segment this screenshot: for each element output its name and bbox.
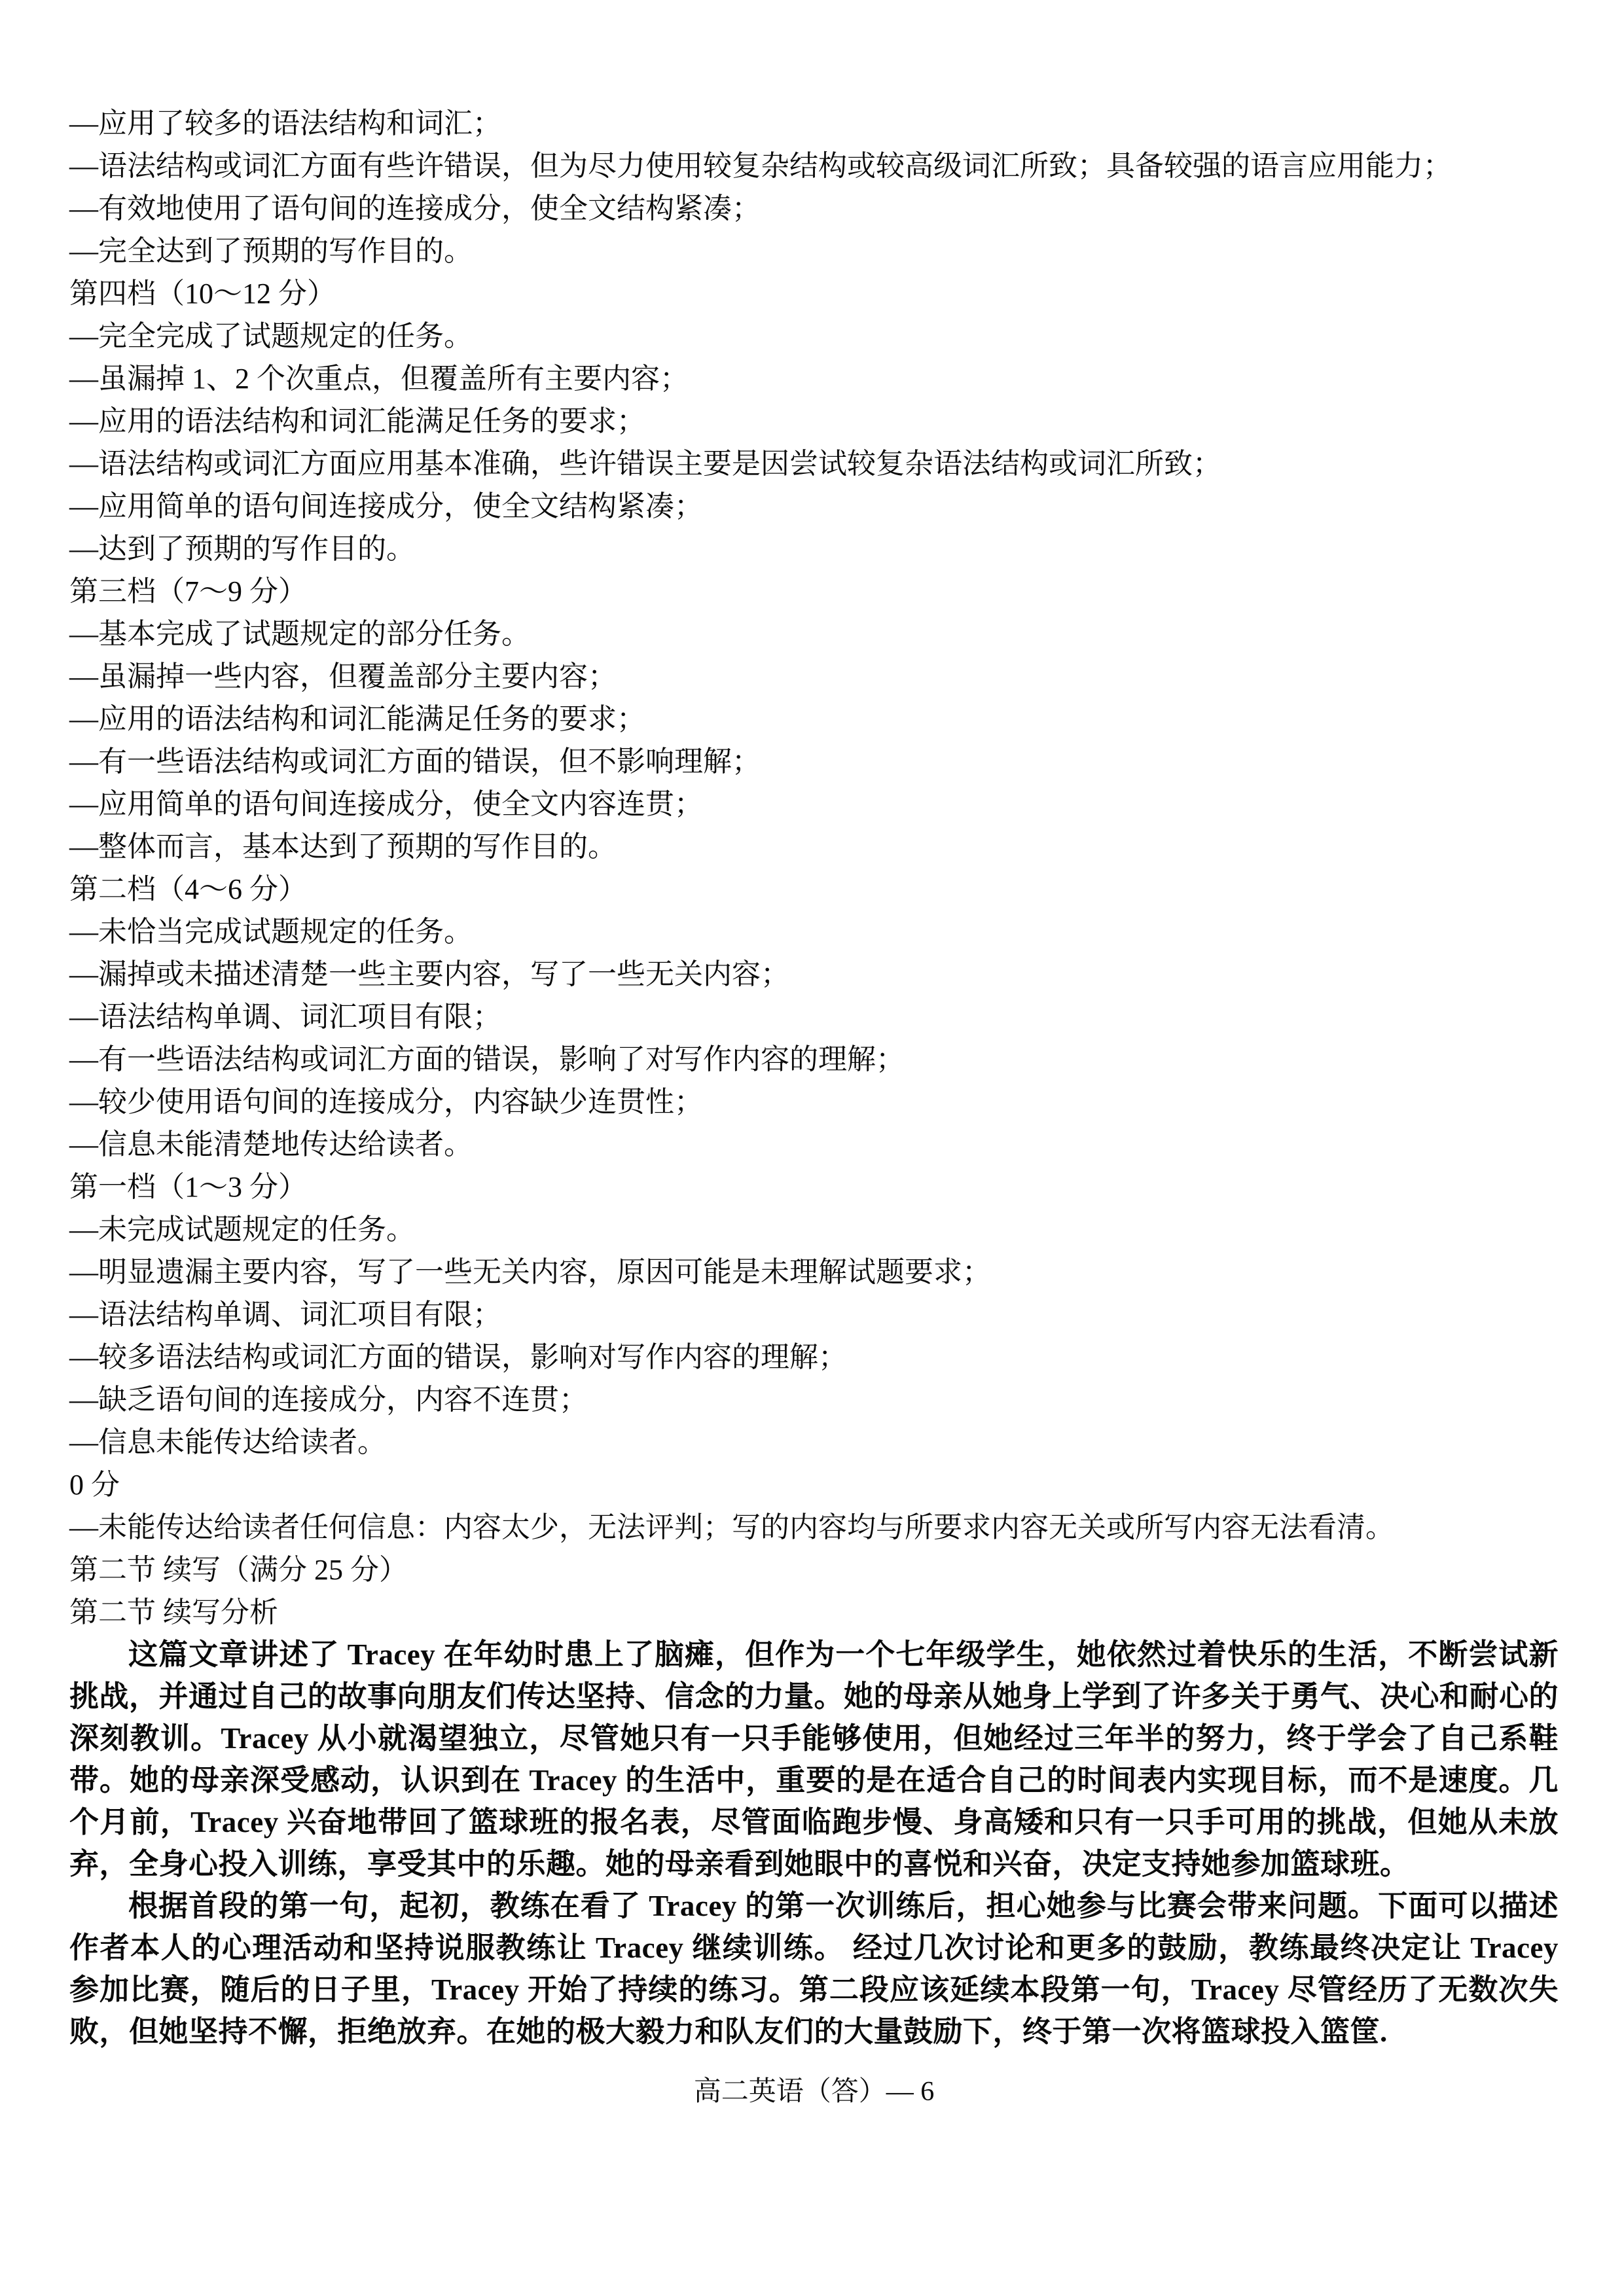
rubric-line: —应用简单的语句间连接成分，使全文内容连贯； [69,783,1559,825]
rubric-line: —语法结构或词汇方面应用基本准确，些许错误主要是因尝试较复杂语法结构或词汇所致； [69,442,1559,485]
rubric-line: —较多语法结构或词汇方面的错误，影响对写作内容的理解； [69,1336,1559,1378]
rubric-line: —应用的语法结构和词汇能满足任务的要求； [69,400,1559,442]
rubric-band-header: 第三档（7～9 分） [69,570,1559,613]
rubric-line: —未完成试题规定的任务。 [69,1208,1559,1251]
rubric-line: —较少使用语句间的连接成分，内容缺少连贯性； [69,1081,1559,1123]
section-header: 第二节 续写分析 [69,1591,1559,1634]
continuation-writing-analysis: 这篇文章讲述了 Tracey 在年幼时患上了脑瘫，但作为一个七年级学生，她依然过… [69,1634,1559,2053]
rubric-line: —语法结构单调、词汇项目有限； [69,1293,1559,1336]
rubric-line: —基本完成了试题规定的部分任务。 [69,613,1559,655]
rubric-band-header: 第四档（10～12 分） [69,272,1559,315]
answer-key-page: —应用了较多的语法结构和词汇； —语法结构或词汇方面有些许错误，但为尽力使用较复… [0,0,1624,2296]
analysis-paragraph: 根据首段的第一句，起初，教练在看了 Tracey 的第一次训练后，担心她参与比赛… [69,1885,1559,2053]
page-footer: 高二英语（答）— 6 [69,2070,1559,2109]
rubric-line: —虽漏掉 1、2 个次重点，但覆盖所有主要内容； [69,357,1559,400]
rubric-line: —虽漏掉一些内容，但覆盖部分主要内容； [69,655,1559,698]
rubric-band-header: 0 分 [69,1463,1559,1506]
rubric-line: —完全完成了试题规定的任务。 [69,315,1559,357]
rubric-band-header: 第二档（4～6 分） [69,868,1559,910]
rubric-line: —信息未能清楚地传达给读者。 [69,1123,1559,1166]
rubric-line: —明显遗漏主要内容，写了一些无关内容，原因可能是未理解试题要求； [69,1251,1559,1293]
rubric-line: —有效地使用了语句间的连接成分，使全文结构紧凑； [69,187,1559,230]
rubric-line: —整体而言，基本达到了预期的写作目的。 [69,825,1559,868]
rubric-line: —未恰当完成试题规定的任务。 [69,910,1559,953]
analysis-paragraph: 这篇文章讲述了 Tracey 在年幼时患上了脑瘫，但作为一个七年级学生，她依然过… [69,1634,1559,1885]
rubric-line: —完全达到了预期的写作目的。 [69,230,1559,272]
rubric-line: —应用的语法结构和词汇能满足任务的要求； [69,698,1559,740]
scoring-rubric: —应用了较多的语法结构和词汇； —语法结构或词汇方面有些许错误，但为尽力使用较复… [69,102,1559,1634]
section-header: 第二节 续写（满分 25 分） [69,1549,1559,1591]
rubric-line: —应用了较多的语法结构和词汇； [69,102,1559,145]
rubric-line: —缺乏语句间的连接成分，内容不连贯； [69,1378,1559,1421]
rubric-line: —应用简单的语句间连接成分，使全文结构紧凑； [69,485,1559,528]
rubric-line: —信息未能传达给读者。 [69,1421,1559,1463]
rubric-line: —达到了预期的写作目的。 [69,528,1559,570]
rubric-line: —语法结构或词汇方面有些许错误，但为尽力使用较复杂结构或较高级词汇所致；具备较强… [69,145,1559,187]
rubric-line: —漏掉或未描述清楚一些主要内容，写了一些无关内容； [69,953,1559,996]
rubric-band-header: 第一档（1～3 分） [69,1166,1559,1208]
rubric-line: —语法结构单调、词汇项目有限； [69,996,1559,1038]
rubric-line: —未能传达给读者任何信息：内容太少，无法评判；写的内容均与所要求内容无关或所写内… [69,1506,1559,1549]
rubric-line: —有一些语法结构或词汇方面的错误，影响了对写作内容的理解； [69,1038,1559,1081]
rubric-line: —有一些语法结构或词汇方面的错误，但不影响理解； [69,740,1559,783]
